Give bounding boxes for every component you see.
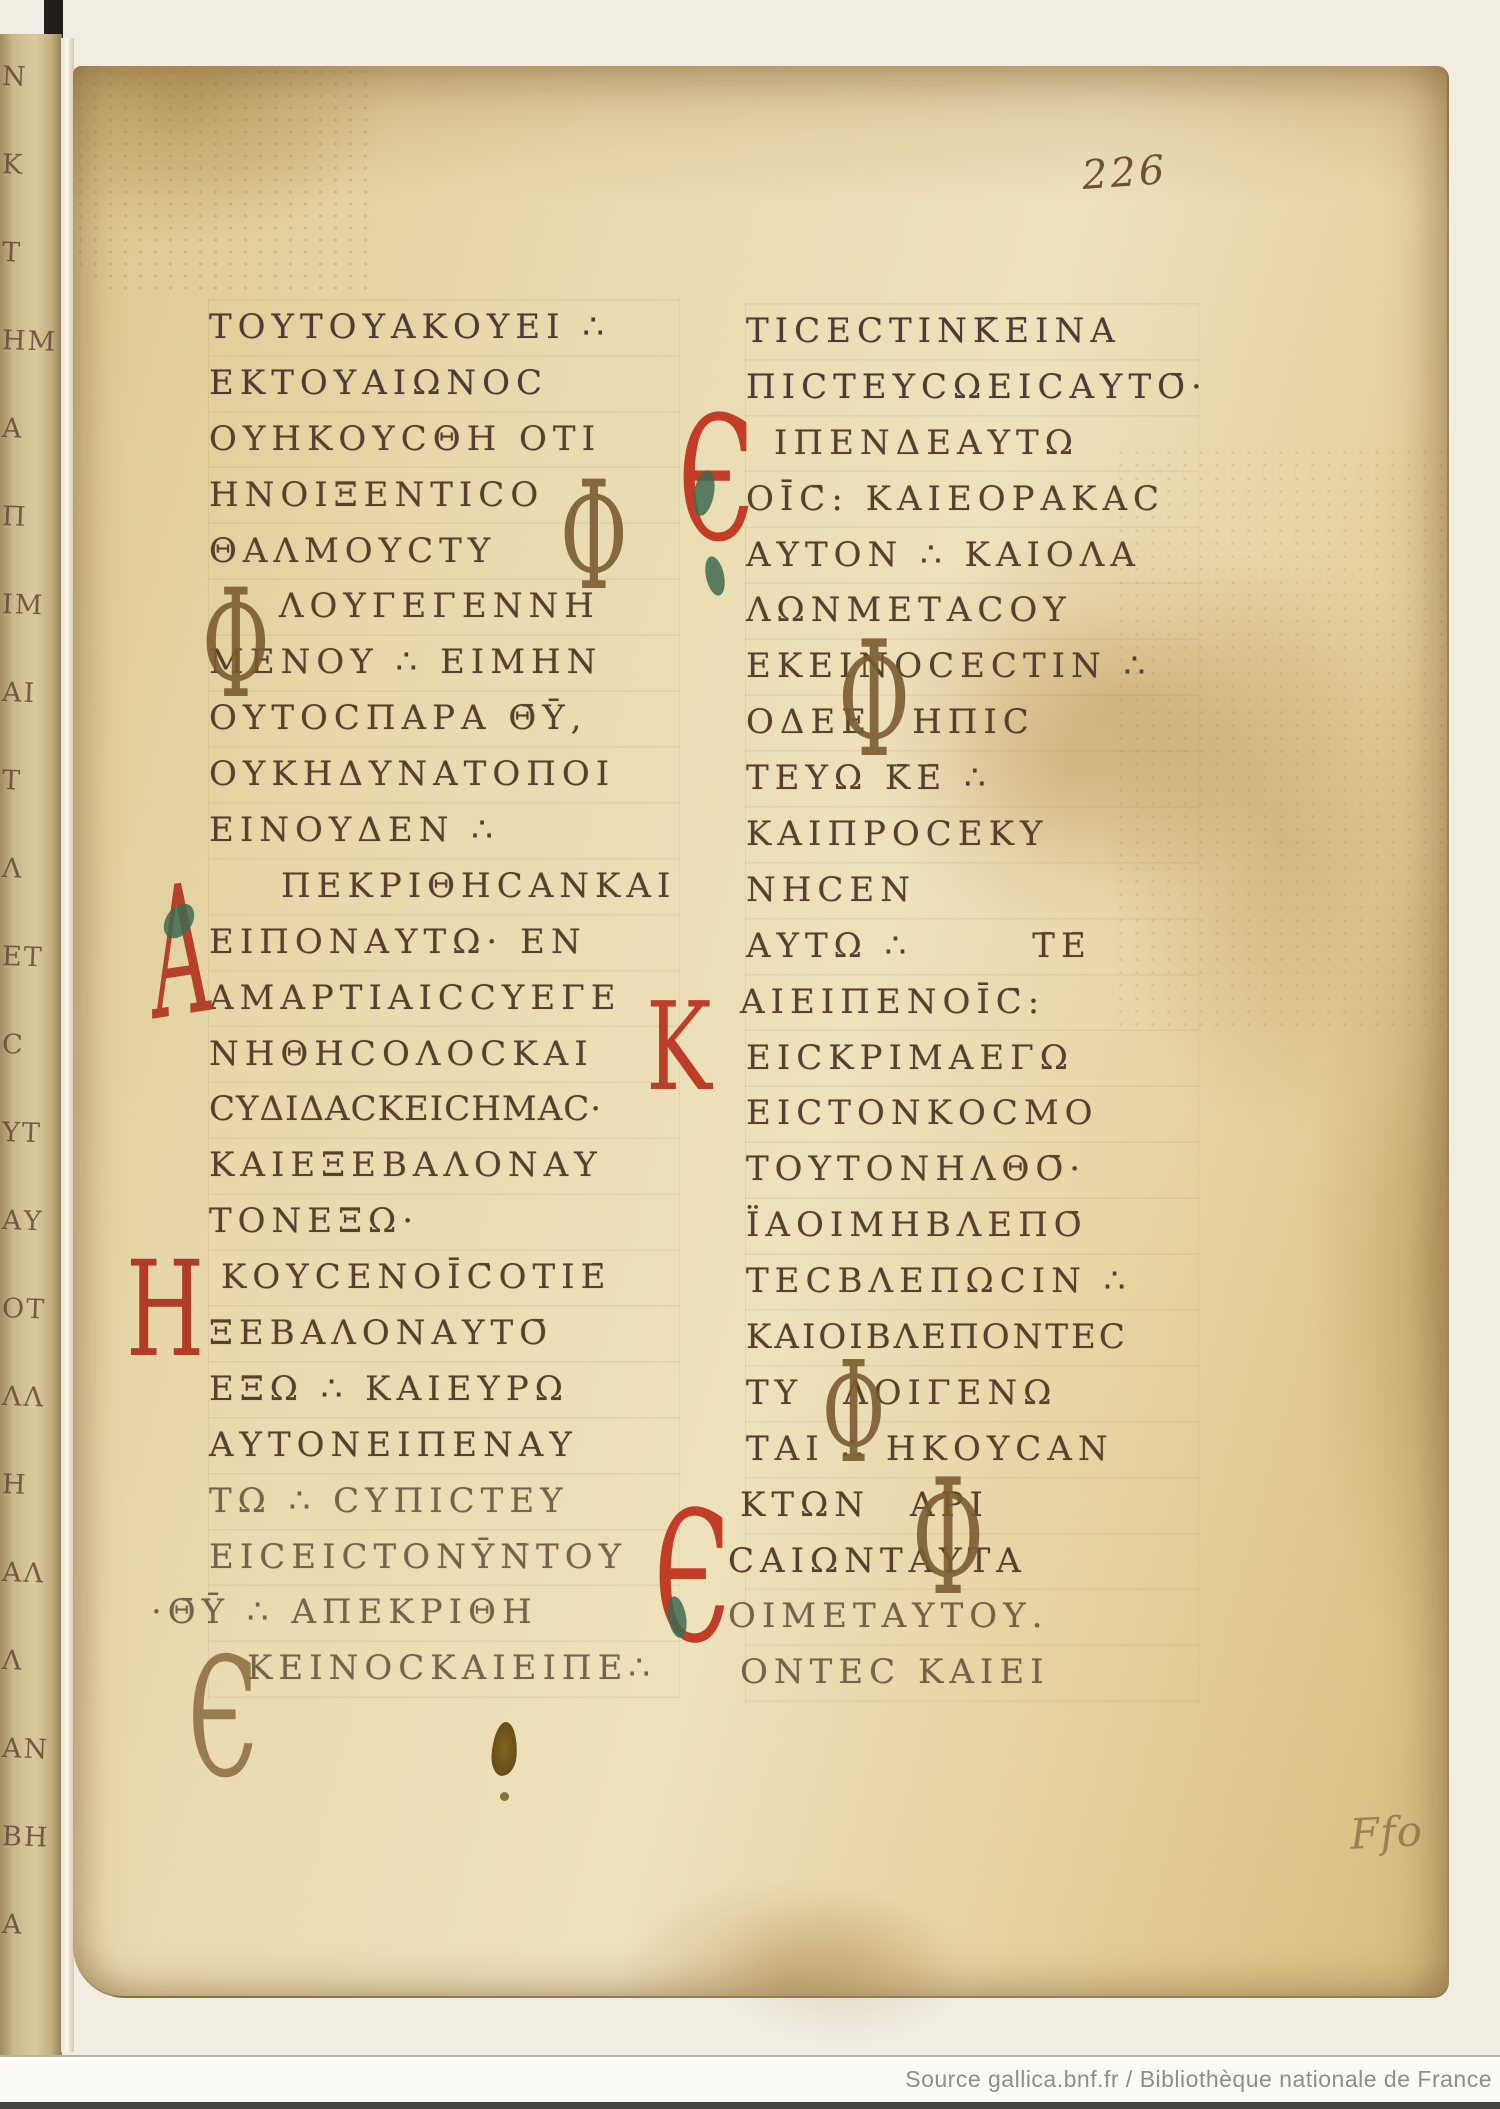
facing-text-fragment: Α [0,385,62,475]
text-line: ΚΑΙΕΞΕΒΑΛΟΝΑΥ [209,1137,679,1193]
footer-bottom-bar [0,2102,1500,2109]
text-line: ΟῙϹ̄: ΚΑΙΕΟΡΑΚΑϹ [746,471,1198,527]
text-line: ΤΥ ΛΟΙΓΕΝΩ [746,1365,1198,1421]
text-line: ΠΕΚΡΙΘΗϹΑΝΚΑΙ [281,858,679,914]
facing-text-fragment: ΛΛ [0,1353,62,1443]
ink-blot-dot [500,1792,509,1801]
gallica-footer: Source gallica.bnf.fr / Bibliothèque nat… [0,2057,1500,2102]
text-line: ΟΔΕΕ ΗΠΙϹ [746,694,1198,750]
facing-text-fragment: Λ [0,825,62,915]
text-line: ΟΥΤΟϹΠΑΡΑ Θ̄Ῡ, [209,690,679,746]
facing-text-fragment: ΗΜ [0,297,62,387]
facing-text-fragment: Τ [0,737,62,827]
text-line: ΑΥΤΟΝΕΙΠΕΝΑΥ [209,1417,679,1473]
text-line: ΕΙΠΟΝΑΥΤΩ· ΕΝ [209,914,679,970]
text-line: ΤΟΝΕΞΩ· [209,1193,679,1249]
corner-mark: Ffo [1349,1806,1424,1859]
large-phi-glyph: Φ [202,570,270,720]
facing-text-fragment: Ϲ [0,1001,62,1091]
text-line: ΜΕΝΟΥ ∴ ΕΙΜΗΝ [209,634,679,690]
text-line: ΙΠΕΝΔΕΑΥΤΩ [774,415,1198,471]
large-phi-glyph: Φ [838,620,910,780]
facing-text-fragment: ΕΤ [0,913,62,1003]
text-line: ΕΚΤΟΥΑΙΩΝΟϹ [209,355,679,411]
facing-text-fragment: ΥΤ [0,1089,62,1179]
initial-epsilon-brown: Є [188,1636,258,1801]
facing-text-fragment: ΒΗ [0,1793,62,1883]
text-line: ΤΙϹΕϹΤΙΝΚ̄Ε̄ΙΝΑ [746,303,1198,359]
facing-text-fragment: ΑΥ [0,1177,62,1267]
text-line: ΝΗΘΗϹΟΛΟϹΚΑΙ [209,1026,679,1082]
facing-text-fragment: Κ [0,121,62,211]
large-phi-glyph: Φ [822,1344,885,1484]
folio-number: 226 [1080,147,1168,199]
facing-text-fragment: Η [0,1441,62,1531]
text-line: ΕΙϹΤΟΝΚΟϹΜΟ [746,1085,1198,1141]
rubric-initial-kappa: Κ [646,986,712,1108]
rubric-initial-alpha: Α [148,859,212,1048]
facing-text-fragment: ΟΤ [0,1265,62,1355]
footer-source-text: Source gallica.bnf.fr / Bibliothèque nat… [905,2066,1500,2093]
text-line: ΝΗϹΕΝ [746,862,1198,918]
facing-text-fragment: Ν [0,34,62,123]
text-line: ΕΙϹΕΙϹΤΟΝῩΝ̄ΤΟΥ [209,1529,679,1585]
facing-text-fragment: Π [0,473,62,563]
rubric-initial-epsilon: Є [678,394,754,566]
text-line: ΤΕϹΒΛΕΠΩϹΙΝ ∴ [746,1253,1198,1309]
facing-text-fragment: Λ [0,1617,62,1707]
text-line: ΕΙϹΚΡΙΜΑΕΓΩ [746,1030,1198,1086]
parchment-stain [713,1886,973,2046]
text-line: ΕΞΩ ∴ ΚΑΙΕΥΡΩ [209,1361,679,1417]
facing-text-fragment: ΑΝ [0,1705,62,1795]
facing-page-edge: Ν Κ Τ ΗΜ Α Π ΙΜ ΑΙ Τ Λ ΕΤ Ϲ ΥΤ ΑΥ ΟΤ ΛΛ … [0,34,62,2056]
text-line: ΚΑΙΠΡΟϹΕΚΥ [746,806,1198,862]
facing-text-fragment: ΑΙ [0,649,62,739]
text-line: ΑΙΕΙΠΕΝΟῙϹ̄: [740,974,1198,1030]
large-phi-glyph: Φ [560,462,628,612]
rubric-initial-epsilon: Є [654,1488,730,1669]
text-line: ΛΩΝΜΕΤΑϹΟΥ [746,582,1198,638]
text-line: ϹΥΔΙΔΑϹΚΕΙϹΗΜΑϹ· [209,1081,679,1137]
rubric-initial-eta: Η [126,1244,204,1376]
text-line: ΑΜΑΡΤΙΑΙϹϹΥΕΓΕ [209,970,679,1026]
facing-text-fragment: ΙΜ [0,561,62,651]
text-line: ΤΟΥΤΟΥΑΚΟΥΕΙ ∴ [209,299,679,355]
text-line: ΠΙϹΤΕΥϹΩΕΙϹΑΥΤΟ̄· [746,359,1198,415]
text-line: ΟΥΚΗΔΥΝΑΤΟΠΟΙ [209,746,679,802]
text-line: ΚΟΥϹΕΝΟῙϹ̄ΟΤΙΕ̄ [221,1249,679,1305]
text-line: ΑΥΤΩ ∴ Τ̄Ε̄ [746,918,1198,974]
text-line: ΪΑΟΙΜΗΒΛΕΠΟ̄ [746,1197,1198,1253]
text-line: ΤΟΥΤΟΝΗΛΘΟ̄· [746,1141,1198,1197]
facing-text-fragment: ΑΛ [0,1529,62,1619]
text-line: ΤΕΥΩ Κ̄Ε̄ ∴ [746,750,1198,806]
text-line: ΚΑΙΟΙΒΛΕΠΟΝΤΕϹ [746,1309,1198,1365]
text-line: ΕΙΝΟΥΔΕΝ ∴ [209,802,679,858]
text-line: ΟΝΤΕϹ ΚΑΙΕΙ [740,1644,1198,1700]
large-phi-glyph: Φ [912,1458,984,1618]
facing-text-fragment: Τ [0,209,62,299]
text-line: ΞΕΒΑΛΟΝΑΥΤΟ̄ [209,1305,679,1361]
text-line: ΤΩ ∴ ϹΥΠΙϹΤΕΥ [209,1473,679,1529]
manuscript-scan: { "page": { "folio_number": "226", "corn… [0,0,1500,2109]
facing-text-fragment: Α [0,1881,62,1971]
text-line: ΚΕΙΝΟϹΚΑΙΕΙΠΕ∴ [247,1640,679,1696]
text-line: ΕΚΕΙΝΟϹΕϹΤΙΝ ∴ [746,638,1198,694]
text-line: ΑΥΤΟΝ ∴ ΚΑΙΟΛΑ [746,527,1198,583]
